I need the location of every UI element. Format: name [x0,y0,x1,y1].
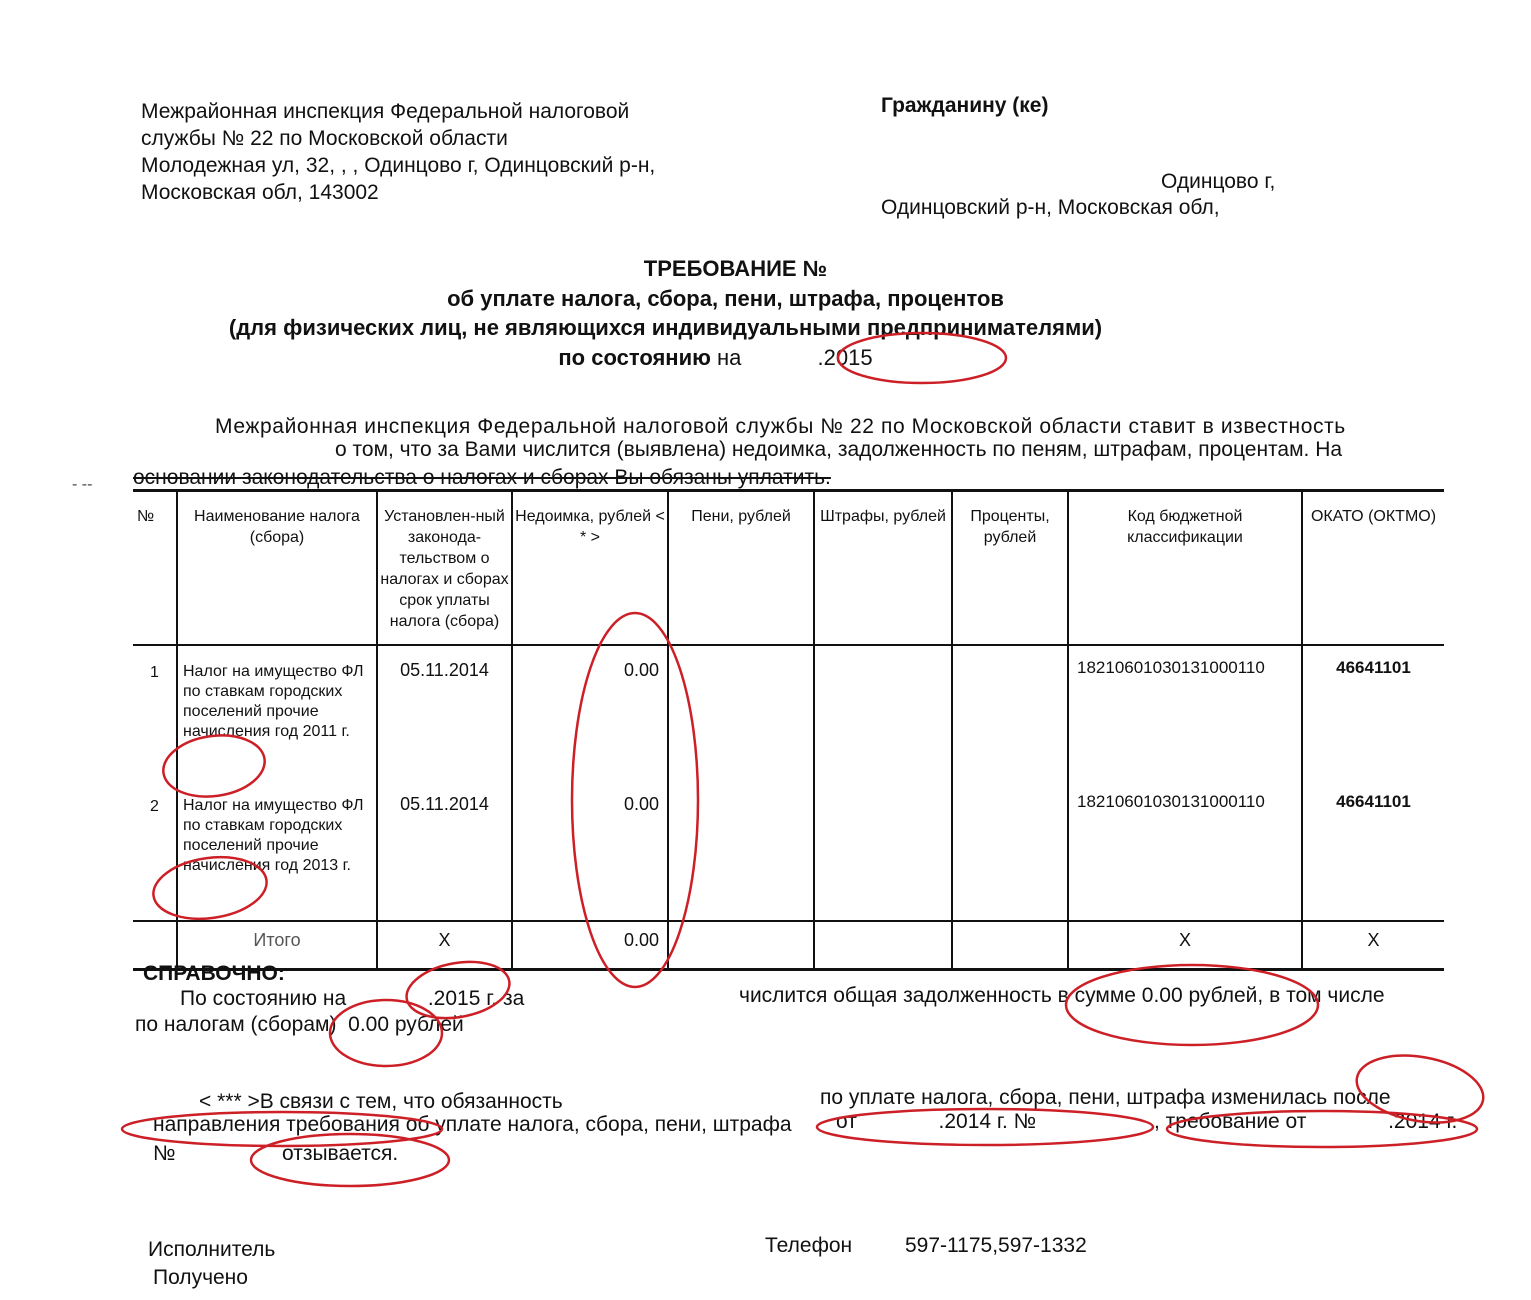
cell-num: 2 [133,780,177,921]
recall-line: < *** >В связи с тем, что обязанность [199,1090,563,1114]
date-prefix: по состоянию [558,345,711,370]
cell-okato: 46641101 [1302,780,1444,921]
reference-line: По состоянию на .2015 г. за [180,987,524,1011]
total-interest [952,921,1068,970]
reference-line: по налогам (сборам) 0.00 рублей [135,1013,464,1037]
document-subtitle-scope: (для физических лиц, не являющихся индив… [0,315,1431,341]
cell-interest [952,645,1068,780]
sender-block: Межрайонная инспекция Федеральной налого… [141,98,655,206]
sender-line: Московская обл, 143002 [141,179,655,206]
executor-label: Исполнитель [148,1238,275,1262]
phone-number: 597-1175,597-1332 [905,1234,1087,1258]
cell-tax-name: Налог на имущество ФЛ по ставкам городск… [177,645,377,780]
sender-line: Молодежная ул, 32, , , Одинцово г, Одинц… [141,152,655,179]
total-arrears: 0.00 [512,921,668,970]
cell-fines [814,645,952,780]
col-header-tax-name: Наименование налога (сбора) [177,491,377,645]
table-header-row: № Наименование налога (сбора) Установлен… [133,491,1444,645]
sender-line: службы № 22 по Московской области [141,125,655,152]
total-due-date: X [377,921,512,970]
phone-label: Телефон [765,1234,852,1258]
reference-line: числится общая задолженность в сумме 0.0… [739,984,1385,1008]
received-label: Получено [153,1266,248,1290]
col-header-fines: Штрафы, рублей [814,491,952,645]
col-header-interest: Проценты, рублей [952,491,1068,645]
col-header-okato: ОКАТО (ОКТМО) [1302,491,1444,645]
cell-penalties [668,780,814,921]
cell-tax-name: Налог на имущество ФЛ по ставкам городск… [177,780,377,921]
requirements-table: № Наименование налога (сбора) Установлен… [133,489,1444,971]
cell-fines [814,780,952,921]
cell-num: 1 [133,645,177,780]
col-header-num: № [133,491,177,645]
recall-line: направления требования об уплате налога,… [153,1113,792,1137]
col-header-penalties: Пени, рублей [668,491,814,645]
col-header-due-date: Установлен-ный законода-тельством о нало… [377,491,512,645]
total-kbk: X [1068,921,1302,970]
recipient-region: Одинцовский р-н, Московская обл, [881,196,1220,220]
cell-interest [952,780,1068,921]
cell-arrears: 0.00 [512,780,668,921]
intro-line: основании законодательства о налогах и с… [133,466,831,490]
document-date: .2015 [818,345,873,370]
cell-due-date: 05.11.2014 [377,645,512,780]
date-na: на [717,345,741,370]
recipient-city: Одинцово г, [1161,170,1275,194]
total-fines [814,921,952,970]
cell-kbk: 18210601030131000110 [1068,645,1302,780]
col-header-kbk: Код бюджетной классификации [1068,491,1302,645]
cell-due-date: 05.11.2014 [377,780,512,921]
intro-line: Межрайонная инспекция Федеральной налого… [215,415,1346,439]
cell-okato: 46641101 [1302,645,1444,780]
cell-penalties [668,645,814,780]
cell-kbk: 18210601030131000110 [1068,780,1302,921]
table-row: 2 Налог на имущество ФЛ по ставкам город… [133,780,1444,921]
recall-status: отзывается. [282,1142,398,1166]
document-title: ТРЕБОВАНИЕ № [0,256,1501,282]
document-subtitle: об уплате налога, сбора, пени, штрафа, п… [0,286,1491,312]
recall-line: № [153,1142,176,1166]
sender-line: Межрайонная инспекция Федеральной налого… [141,98,655,125]
scan-mark: - -- [72,476,92,494]
recall-line: от .2014 г. № [836,1110,1036,1134]
intro-line: о том, что за Вами числится (выявлена) н… [335,438,1342,462]
recall-line: , требование от .2014 г. [1154,1110,1457,1134]
recipient-title: Гражданину (ке) [881,94,1048,118]
table-total-row: Итого X 0.00 X X [133,921,1444,970]
reference-title: СПРАВОЧНО: [143,962,285,986]
total-okato: X [1302,921,1444,970]
recall-line: по уплате налога, сбора, пени, штрафа из… [820,1086,1391,1110]
document-date-line: по состоянию на .2015 [0,345,1481,371]
total-penalties [668,921,814,970]
cell-arrears: 0.00 [512,645,668,780]
col-header-arrears: Недоимка, рублей < * > [512,491,668,645]
table-row: 1 Налог на имущество ФЛ по ставкам город… [133,645,1444,780]
